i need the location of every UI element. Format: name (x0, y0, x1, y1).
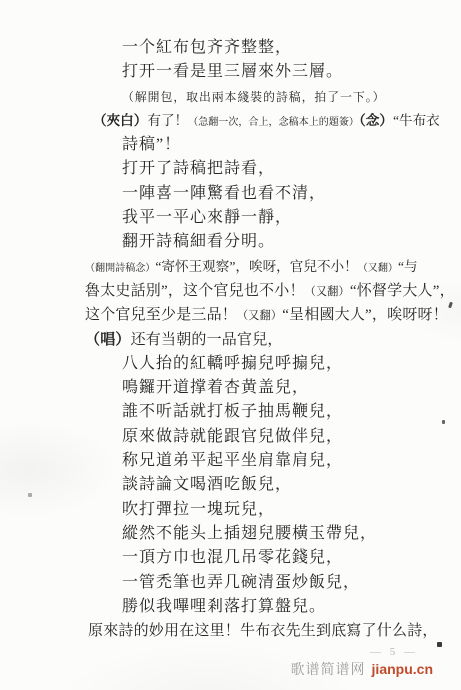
text-segment: 誰不听話就打板子抽馬鞭兒， (122, 403, 343, 420)
text-line: 称兄道弟平起平坐肩靠肩兒， (0, 449, 461, 473)
text-segment: “牛布衣 (393, 113, 440, 128)
text-line: 一頂方巾也混几吊零花錢兒， (0, 546, 461, 570)
text-segment: 打开一看是里三層來外三層。 (122, 63, 343, 80)
text-segment: 打开了詩稿把詩看， (122, 160, 275, 177)
text-segment: 一頂方巾也混几吊零花錢兒， (122, 549, 343, 566)
text-segment: “怀督学大人”， (350, 283, 455, 299)
text-line: 打开了詩稿把詩看， (0, 157, 461, 181)
text-line: 打开一看是里三層來外三層。 (0, 60, 461, 84)
text-segment: 一陣喜一陣驚看也看不清， (122, 185, 326, 202)
text-line: 原來詩的妙用在这里！牛布衣先生到底寫了什么詩， (0, 619, 461, 643)
text-line: 勝似我嗶哩剎落打算盤兒。 (0, 595, 461, 619)
text-lines: 一个紅布包齐齐整整，打开一看是里三層來外三層。（解開包，取出兩本綫裝的詩稿，拍了… (0, 36, 461, 643)
text-segment: （又翻） (358, 263, 398, 274)
text-line: 八人抬的紅轎呼搧兒呼搧兒， (0, 352, 461, 376)
document-page: 一个紅布包齐齐整整，打开一看是里三層來外三層。（解開包，取出兩本綫裝的詩稿，拍了… (0, 0, 461, 690)
text-line: 吹打彈拉一塊玩兒， (0, 498, 461, 522)
text-segment: 縱然不能头上插翅兒腰橫玉帶兒， (122, 525, 377, 542)
text-segment: “与 (398, 259, 418, 274)
text-segment: 談詩論文喝酒吃飯兒， (122, 476, 292, 493)
text-segment: 原來做詩就能跟官兒做伴兒， (122, 428, 343, 445)
text-line: 一管禿筆也弄几碗清蛋炒飯兒， (0, 571, 461, 595)
text-segment: 魯太史話別”，这个官兒也不小！ (85, 283, 305, 299)
text-line: 誰不听話就打板子抽馬鞭兒， (0, 400, 461, 424)
watermark: 歌谱简谱网jianpu.cn (0, 659, 433, 679)
text-segment: 称兄道弟平起平坐肩靠肩兒， (122, 452, 343, 469)
text-segment: 吹打彈拉一塊玩兒， (122, 501, 275, 518)
scan-speck (28, 493, 32, 497)
text-line: 談詩論文喝酒吃飯兒， (0, 473, 461, 497)
text-segment: 一个紅布包齐齐整整， (122, 39, 292, 56)
text-segment: “呈相國大人”，唉呀呀！ (282, 307, 448, 323)
text-segment: “寄怀王观察”，唉呀，官兒不小！ (155, 259, 357, 274)
text-segment: 这个官兒至少是三品！ (85, 307, 237, 323)
text-segment: 勝似我嗶哩剎落打算盤兒。 (122, 598, 326, 615)
text-segment: 我平一平心來靜一靜， (122, 209, 292, 226)
text-line: 这个官兒至少是三品！（又翻）“呈相國大人”，唉呀呀！ (0, 303, 461, 327)
text-line: 原來做詩就能跟官兒做伴兒， (0, 425, 461, 449)
text-line: 翻开詩稿細看分明。 (0, 230, 461, 254)
text-line: （唱）还有当朝的一品官兒， (0, 328, 461, 352)
text-line: 一陣喜一陣驚看也看不清， (0, 182, 461, 206)
page-number: — 5 — (362, 646, 426, 658)
scan-speck (437, 642, 442, 647)
text-segment: 詩稿”！ (122, 136, 181, 153)
text-segment: 翻开詩稿細看分明。 (122, 233, 275, 250)
scan-speck (442, 420, 445, 424)
text-segment: （又翻） (305, 286, 350, 298)
text-line: 詩稿”！ (0, 133, 461, 157)
text-segment: （念） (359, 113, 393, 128)
text-segment: （解開包，取出兩本綫裝的詩稿，拍了一下。） (122, 90, 385, 104)
text-segment: 一管禿筆也弄几碗清蛋炒飯兒， (122, 574, 360, 591)
text-line: （解開包，取出兩本綫裝的詩稿，拍了一下。） (0, 85, 461, 109)
text-line: 魯太史話別”，这个官兒也不小！（又翻）“怀督学大人”， (0, 279, 461, 303)
text-line: 我平一平心來靜一靜， (0, 206, 461, 230)
text-segment: （急翻一次，合上，念稿本上的題簽） (188, 117, 359, 128)
text-segment: 还有当朝的一品官兒， (131, 332, 283, 348)
text-segment: 八人抬的紅轎呼搧兒呼搧兒， (122, 355, 343, 372)
text-segment: （夾白） (93, 113, 147, 128)
text-segment: （唱） (85, 332, 131, 348)
text-segment: （翻開詩稿念） (85, 263, 155, 274)
text-line: （夾白）有了！（急翻一次，合上，念稿本上的題簽）（念）“牛布衣 (0, 109, 461, 133)
text-line: 一个紅布包齐齐整整， (0, 36, 461, 60)
text-line: （翻開詩稿念）“寄怀王观察”，唉呀，官兒不小！（又翻）“与 (0, 255, 461, 279)
text-segment: 原來詩的妙用在这里！牛布衣先生到底寫了什么詩， (88, 623, 438, 639)
text-line: 鳴鑼开道撑着杏黄盖兒， (0, 376, 461, 400)
text-segment: （又翻） (237, 310, 282, 322)
text-line: 縱然不能头上插翅兒腰橫玉帶兒， (0, 522, 461, 546)
text-segment: 有了！ (147, 113, 188, 128)
text-segment: 鳴鑼开道撑着杏黄盖兒， (122, 379, 309, 396)
watermark-site: 歌谱简谱网 (291, 663, 366, 678)
watermark-domain: jianpu.cn (372, 661, 433, 677)
